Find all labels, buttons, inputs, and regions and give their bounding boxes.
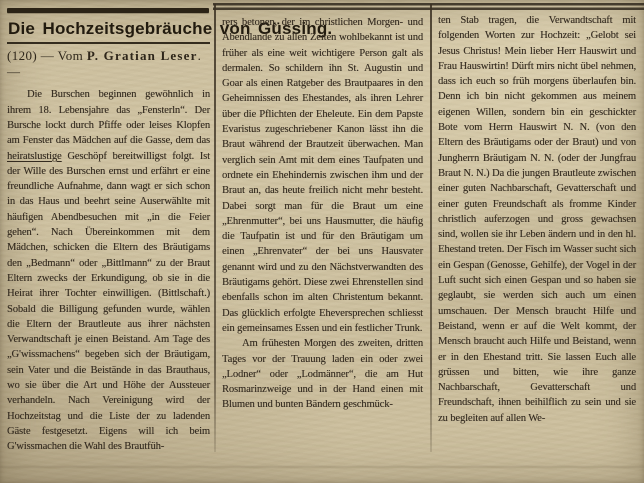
column-2: rers betonen, der im christlichen Morgen… <box>222 15 423 413</box>
column-1: Die Hochzeitsgebräuche von Güssing. (120… <box>7 6 210 455</box>
column2-paragraph-2: Am frühesten Morgen des zweiten, dritten… <box>222 336 423 412</box>
column1-text-after: Geschöpf bereitwilligst folgt. Ist der W… <box>7 151 210 453</box>
column1-paragraph: Die Burschen beginnen gewöhnlich in ihre… <box>7 87 210 454</box>
top-double-rule <box>213 3 644 10</box>
byline-number: (120) — Vom <box>7 48 87 63</box>
column3-paragraph-1: ten Stab tragen, die Verwandtschaft mit … <box>438 13 636 426</box>
byline-author-name: P. Gratian Leser <box>87 48 198 63</box>
paper-crease <box>0 466 644 468</box>
column1-text-before: Die Burschen beginnen gewöhnlich in ihre… <box>7 89 210 146</box>
column2-paragraph-1: rers betonen, der im christlichen Morgen… <box>222 15 423 336</box>
newspaper-scan-page: Die Hochzeitsgebräuche von Güssing. (120… <box>0 0 644 483</box>
column-separator-1 <box>214 4 216 452</box>
column-3: ten Stab tragen, die Verwandtschaft mit … <box>438 13 636 426</box>
article-title: Die Hochzeitsgebräuche von Güssing. <box>7 19 210 44</box>
column1-underlined-word: heiratslustige <box>7 151 62 162</box>
title-top-rule <box>7 8 209 13</box>
article-byline: (120) — Vom P. Gratian Leser. — <box>7 48 210 80</box>
column-separator-2 <box>430 4 432 452</box>
